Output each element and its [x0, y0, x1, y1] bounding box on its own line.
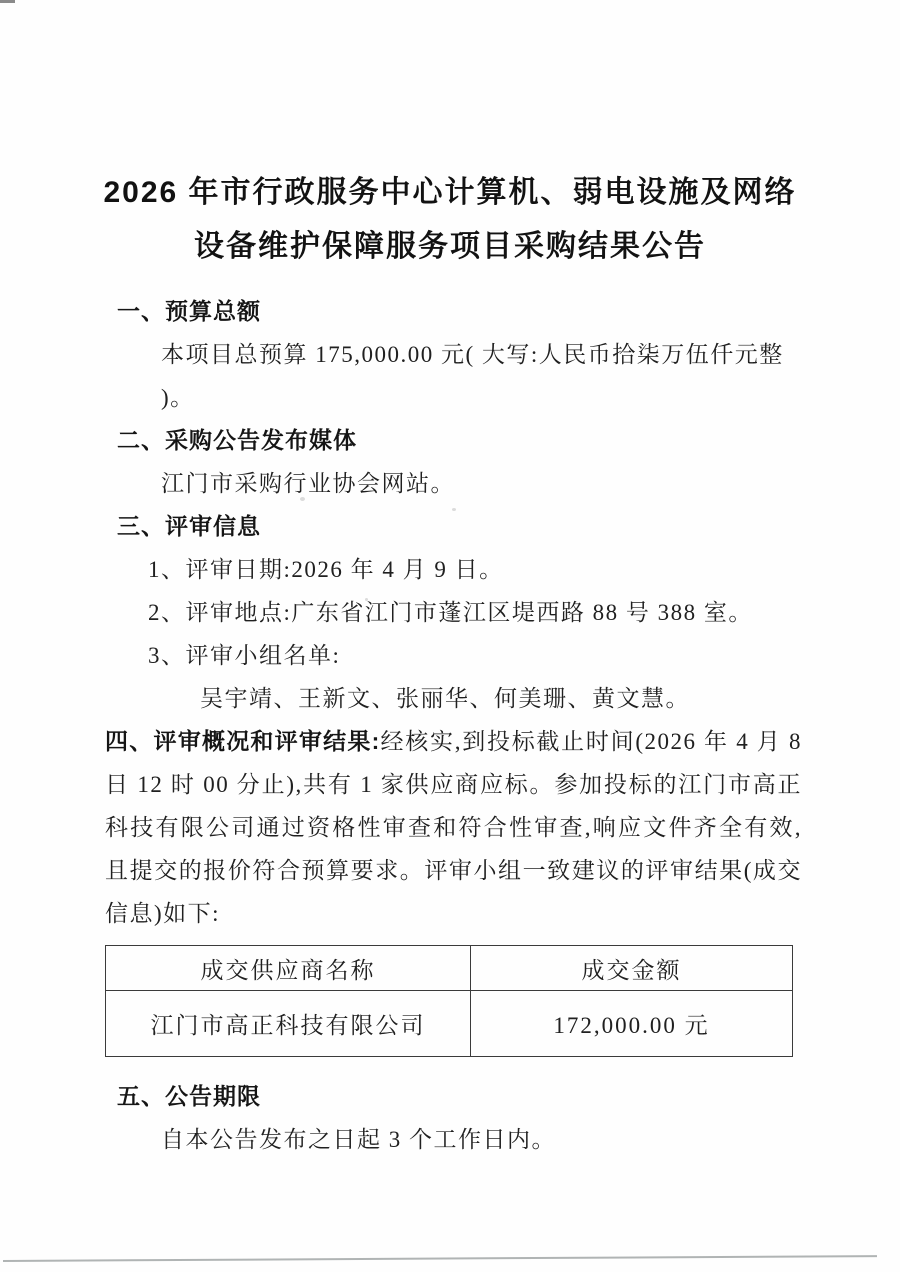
- table-row: 江门市高正科技有限公司 172,000.00 元: [106, 991, 793, 1057]
- scan-corner-artifact: [0, 0, 15, 3]
- header-award-amount: 成交金额: [471, 946, 793, 991]
- title-line-1: 2026 年市行政服务中心计算机、弱电设施及网络: [0, 166, 900, 220]
- document-page: 2026 年市行政服务中心计算机、弱电设施及网络 设备维护保障服务项目采购结果公…: [0, 0, 900, 1272]
- header-supplier-name: 成交供应商名称: [106, 946, 471, 991]
- review-item-location: 2、评审地点:广东省江门市蓬江区堤西路 88 号 388 室。: [148, 591, 802, 634]
- section-result-body: 经核实,到投标截止时间(2026 年 4 月 8 日 12 时 00 分止),共…: [105, 729, 802, 926]
- title-line-2: 设备维护保障服务项目采购结果公告: [0, 220, 900, 274]
- award-table: 成交供应商名称 成交金额 江门市高正科技有限公司 172,000.00 元: [105, 945, 793, 1057]
- section-period-body: 自本公告发布之日起 3 个工作日内。: [161, 1118, 802, 1161]
- section-media-body: 江门市采购行业协会网站。: [161, 462, 802, 505]
- section-review-heading: 三、评审信息: [117, 505, 802, 548]
- section-result-heading: 四、评审概况和评审结果:: [105, 728, 380, 754]
- page-title: 2026 年市行政服务中心计算机、弱电设施及网络 设备维护保障服务项目采购结果公…: [0, 166, 900, 274]
- review-item-date: 1、评审日期:2026 年 4 月 9 日。: [148, 548, 802, 591]
- cell-award-amount: 172,000.00 元: [471, 991, 793, 1057]
- section-budget-body: 本项目总预算 175,000.00 元( 大写:人民币拾柒万伍仟元整 )。: [161, 333, 802, 419]
- review-item-panel: 3、评审小组名单:: [148, 634, 802, 677]
- document-body: 一、预算总额 本项目总预算 175,000.00 元( 大写:人民币拾柒万伍仟元…: [105, 290, 802, 1161]
- scan-speck-artifact: [452, 508, 456, 511]
- section-media-heading: 二、采购公告发布媒体: [117, 419, 802, 462]
- table-header-row: 成交供应商名称 成交金额: [106, 946, 793, 991]
- section-period-heading: 五、公告期限: [117, 1075, 802, 1118]
- section-budget-heading: 一、预算总额: [117, 290, 802, 333]
- section-result-paragraph: 四、评审概况和评审结果:经核实,到投标截止时间(2026 年 4 月 8 日 1…: [105, 720, 802, 935]
- scan-edge-line-artifact: [3, 1255, 877, 1262]
- scan-speck-artifact: [365, 598, 368, 601]
- review-panel-names: 吴宇靖、王新文、张丽华、何美珊、黄文慧。: [200, 677, 802, 720]
- cell-supplier-name: 江门市高正科技有限公司: [106, 991, 471, 1057]
- scan-speck-artifact: [300, 497, 305, 501]
